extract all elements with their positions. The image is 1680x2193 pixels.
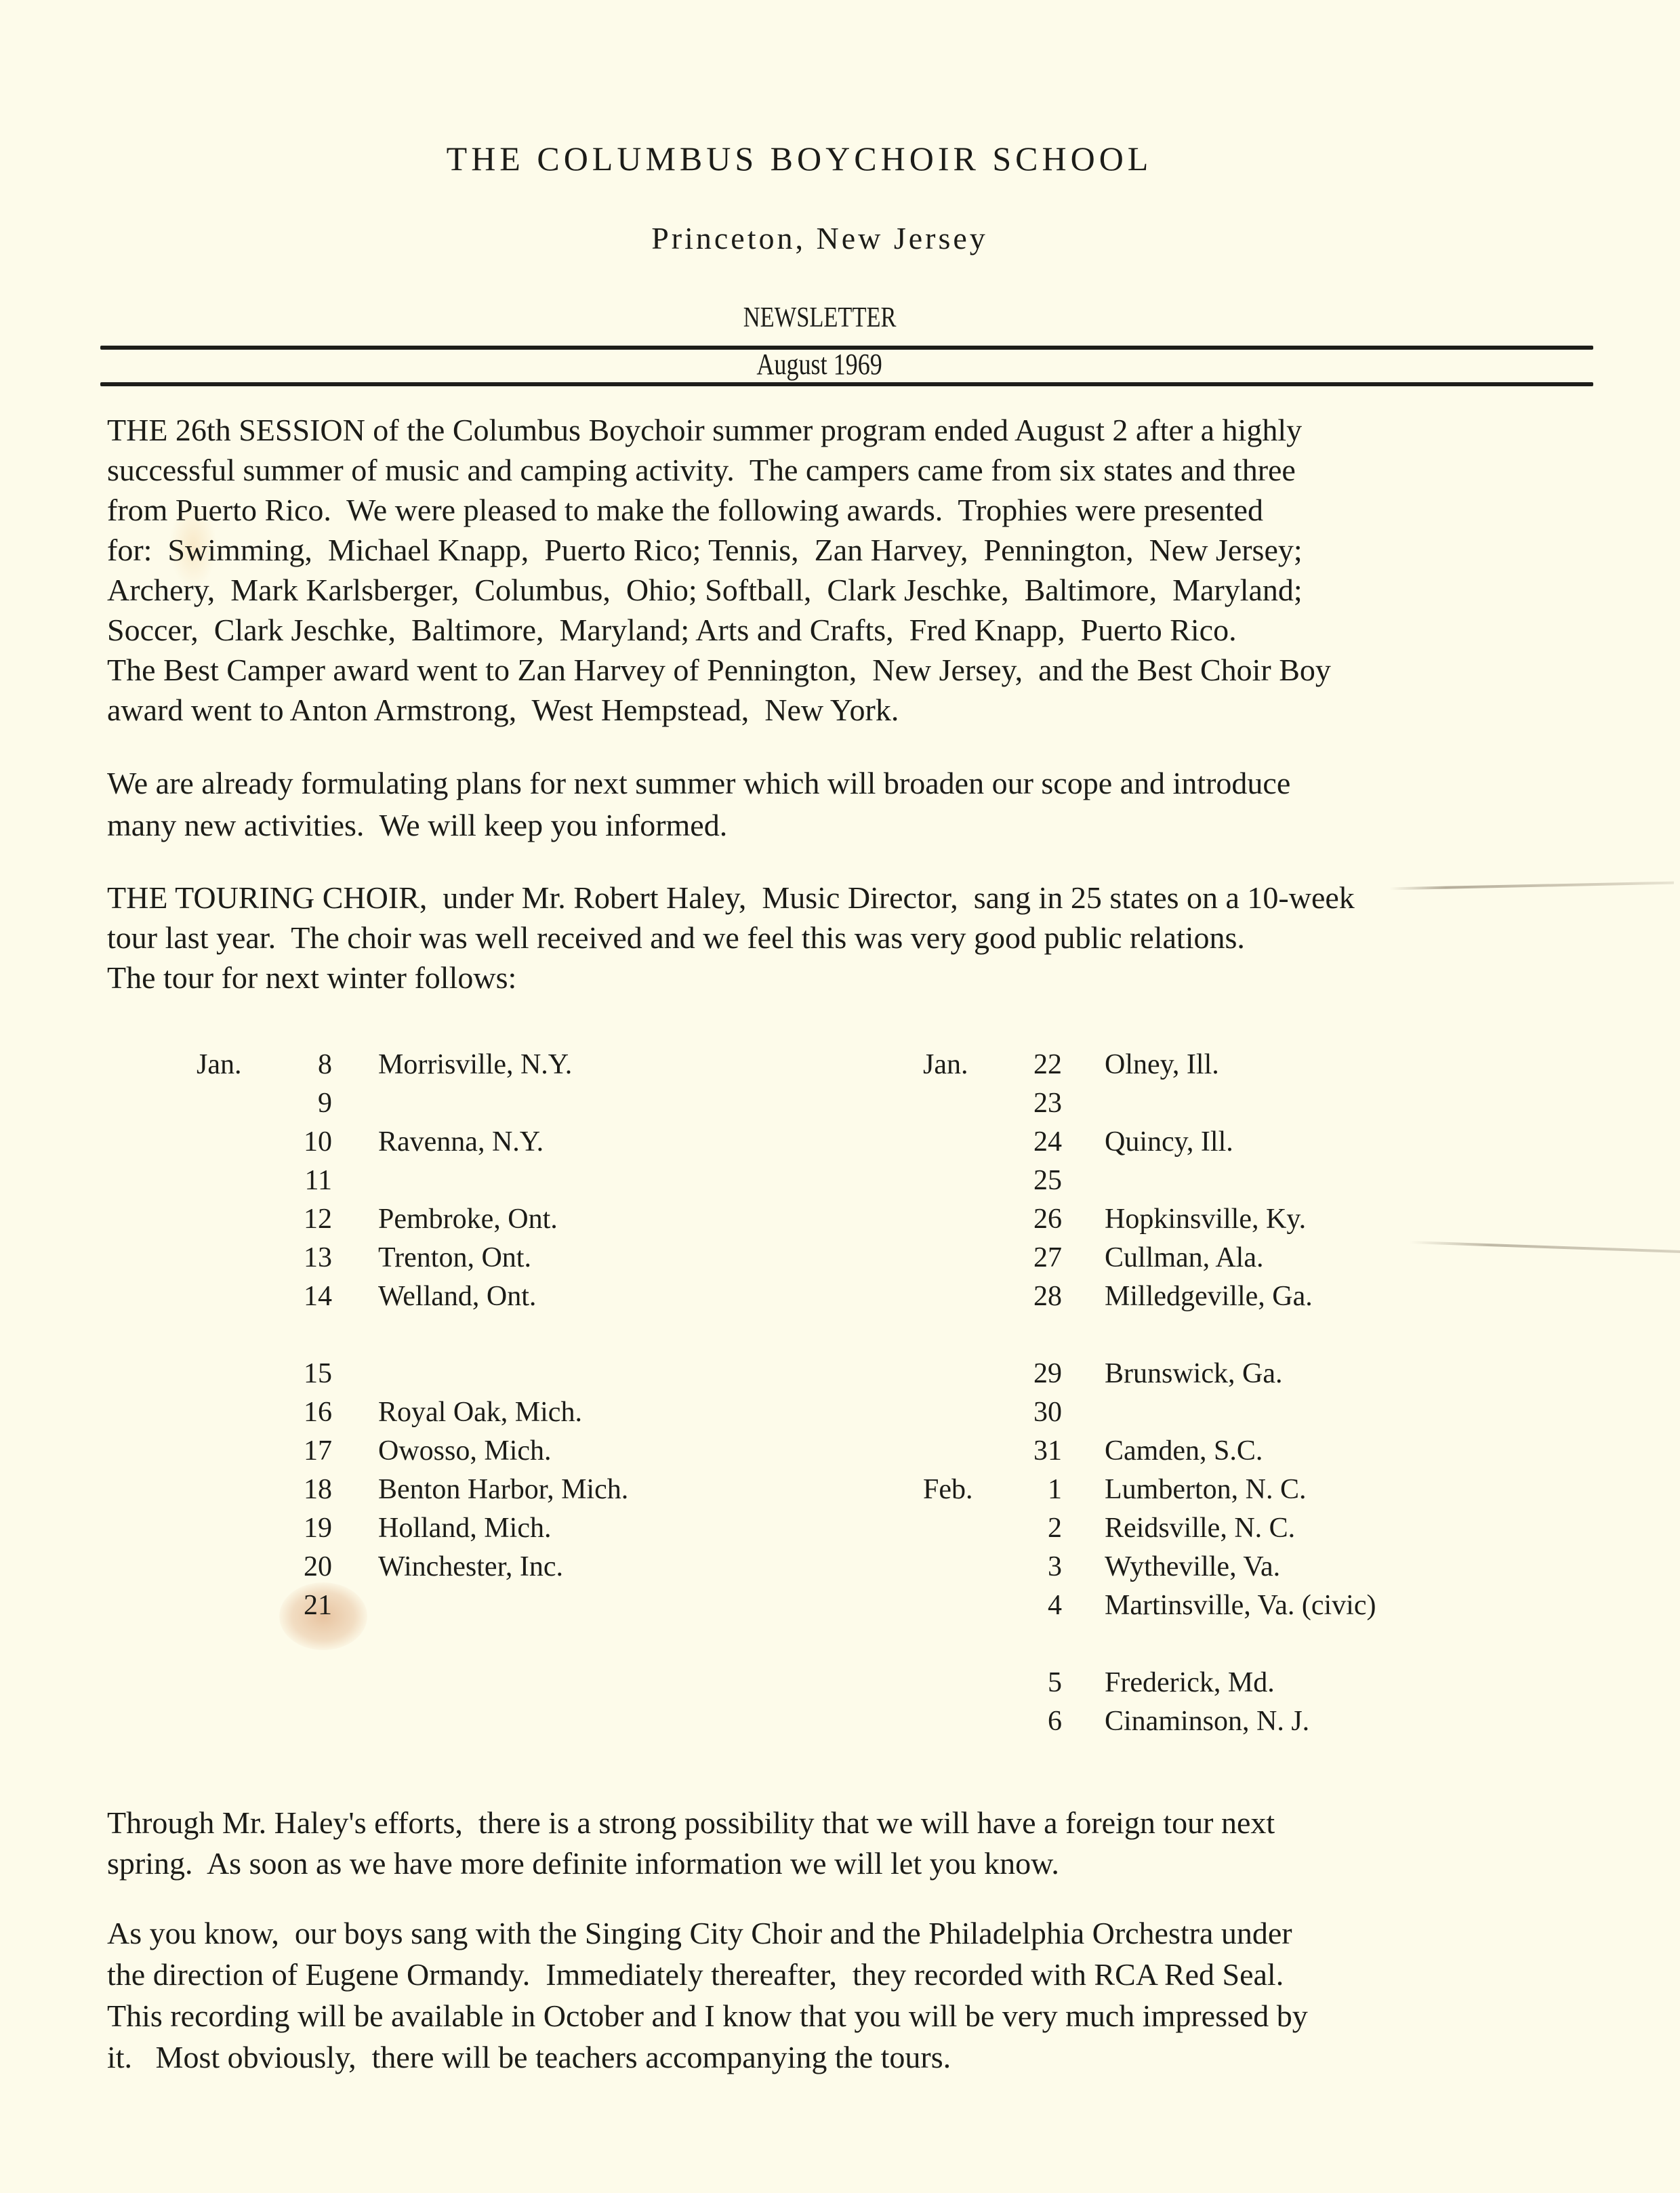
schedule-city: Holland, Mich. [378,1509,551,1548]
text-line: spring. As soon as we have more definite… [107,1843,1598,1884]
schedule-city: Brunswick, Ga. [1105,1355,1282,1393]
schedule-day: 12 [278,1200,332,1239]
schedule-day: 6 [1008,1702,1062,1741]
paragraph-touring-choir: THE TOURING CHOIR, under Mr. Robert Hale… [107,878,1598,998]
schedule-day: 25 [1008,1162,1062,1200]
text-line: Archery, Mark Karlsberger, Columbus, Ohi… [107,570,1598,610]
school-name: THE COLUMBUS BOYCHOIR SCHOOL [0,139,1639,178]
schedule-day: 24 [1008,1123,1062,1162]
text-line: Through Mr. Haley's efforts, there is a … [107,1803,1598,1843]
schedule-day: 31 [1008,1432,1062,1471]
paragraph-plans: We are already formulating plans for nex… [107,762,1598,846]
schedule-day: 20 [278,1548,332,1586]
schedule-day: 23 [1008,1084,1062,1123]
schedule-month: Feb. [923,1471,973,1509]
schedule-day: 14 [278,1277,332,1316]
schedule-city: Cinaminson, N. J. [1105,1702,1309,1741]
schedule-day: 16 [278,1393,332,1432]
text-line: Soccer, Clark Jeschke, Baltimore, Maryla… [107,610,1598,650]
paragraph-summer-session: THE 26th SESSION of the Columbus Boychoi… [107,410,1598,730]
school-location: Princeton, New Jersey [0,220,1660,256]
publication-title-text: NEWSLETTER [743,302,897,334]
schedule-day: 26 [1008,1200,1062,1239]
schedule-day: 19 [278,1509,332,1548]
text-line: We are already formulating plans for nex… [107,762,1598,804]
publication-title: NEWSLETTER [0,302,1660,334]
text-line: The tour for next winter follows: [107,958,1598,998]
schedule-day: 3 [1008,1548,1062,1586]
schedule-day: 8 [278,1046,332,1084]
schedule-day: 11 [278,1162,332,1200]
schedule-city: Frederick, Md. [1105,1664,1275,1702]
text-line: award went to Anton Armstrong, West Hemp… [107,690,1598,730]
schedule-day: 21 [278,1586,332,1625]
schedule-day: 9 [278,1084,332,1123]
text-line: the direction of Eugene Ormandy. Immedia… [107,1954,1598,1995]
schedule-city: Morrisville, N.Y. [378,1046,572,1084]
issue-date-text: August 1969 [757,347,882,382]
schedule-day: 22 [1008,1046,1062,1084]
text-line: THE TOURING CHOIR, under Mr. Robert Hale… [107,878,1598,918]
text-line: The Best Camper award went to Zan Harvey… [107,650,1598,690]
schedule-day: 28 [1008,1277,1062,1316]
newsletter-page: THE COLUMBUS BOYCHOIR SCHOOL Princeton, … [0,0,1680,2193]
text-line: for: Swimming, Michael Knapp, Puerto Ric… [107,530,1598,570]
schedule-city: Owosso, Mich. [378,1432,552,1471]
schedule-day: 5 [1008,1664,1062,1702]
schedule-city: Hopkinsville, Ky. [1105,1200,1306,1239]
schedule-day: 13 [278,1239,332,1277]
text-line: THE 26th SESSION of the Columbus Boychoi… [107,410,1598,450]
text-line: As you know, our boys sang with the Sing… [107,1912,1598,1954]
schedule-day: 1 [1008,1471,1062,1509]
schedule-day: 15 [278,1355,332,1393]
schedule-city: Ravenna, N.Y. [378,1123,544,1162]
text-line: tour last year. The choir was well recei… [107,918,1598,958]
schedule-city: Winchester, Inc. [378,1548,563,1586]
schedule-city: Milledgeville, Ga. [1105,1277,1313,1316]
paragraph-foreign-tour: Through Mr. Haley's efforts, there is a … [107,1803,1598,1884]
schedule-city: Trenton, Ont. [378,1239,531,1277]
text-line: from Puerto Rico. We were pleased to mak… [107,490,1598,530]
schedule-city: Cullman, Ala. [1105,1239,1264,1277]
schedule-month: Jan. [197,1046,242,1084]
schedule-city: Benton Harbor, Mich. [378,1471,628,1509]
text-line: successful summer of music and camping a… [107,450,1598,490]
text-line: This recording will be available in Octo… [107,1995,1598,2036]
schedule-city: Olney, Ill. [1105,1046,1219,1084]
schedule-day: 29 [1008,1355,1062,1393]
text-line: many new activities. We will keep you in… [107,804,1598,846]
schedule-day: 27 [1008,1239,1062,1277]
schedule-day: 10 [278,1123,332,1162]
schedule-city: Martinsville, Va. (civic) [1105,1586,1376,1625]
issue-date: August 1969 [0,347,1660,382]
schedule-city: Reidsville, N. C. [1105,1509,1295,1548]
schedule-day: 4 [1008,1586,1062,1625]
schedule-day: 18 [278,1471,332,1509]
paragraph-recording: As you know, our boys sang with the Sing… [107,1912,1598,2078]
schedule-city: Welland, Ont. [378,1277,536,1316]
paper-tear [1410,1241,1680,1253]
schedule-day: 30 [1008,1393,1062,1432]
schedule-city: Wytheville, Va. [1105,1548,1280,1586]
schedule-month: Jan. [923,1046,968,1084]
schedule-city: Pembroke, Ont. [378,1200,558,1239]
schedule-city: Royal Oak, Mich. [378,1393,582,1432]
schedule-city: Lumberton, N. C. [1105,1471,1306,1509]
schedule-day: 17 [278,1432,332,1471]
schedule-city: Camden, S.C. [1105,1432,1263,1471]
schedule-day: 2 [1008,1509,1062,1548]
masthead-rule-bottom [100,382,1593,386]
text-line: it. Most obviously, there will be teache… [107,2036,1598,2078]
schedule-city: Quincy, Ill. [1105,1123,1233,1162]
